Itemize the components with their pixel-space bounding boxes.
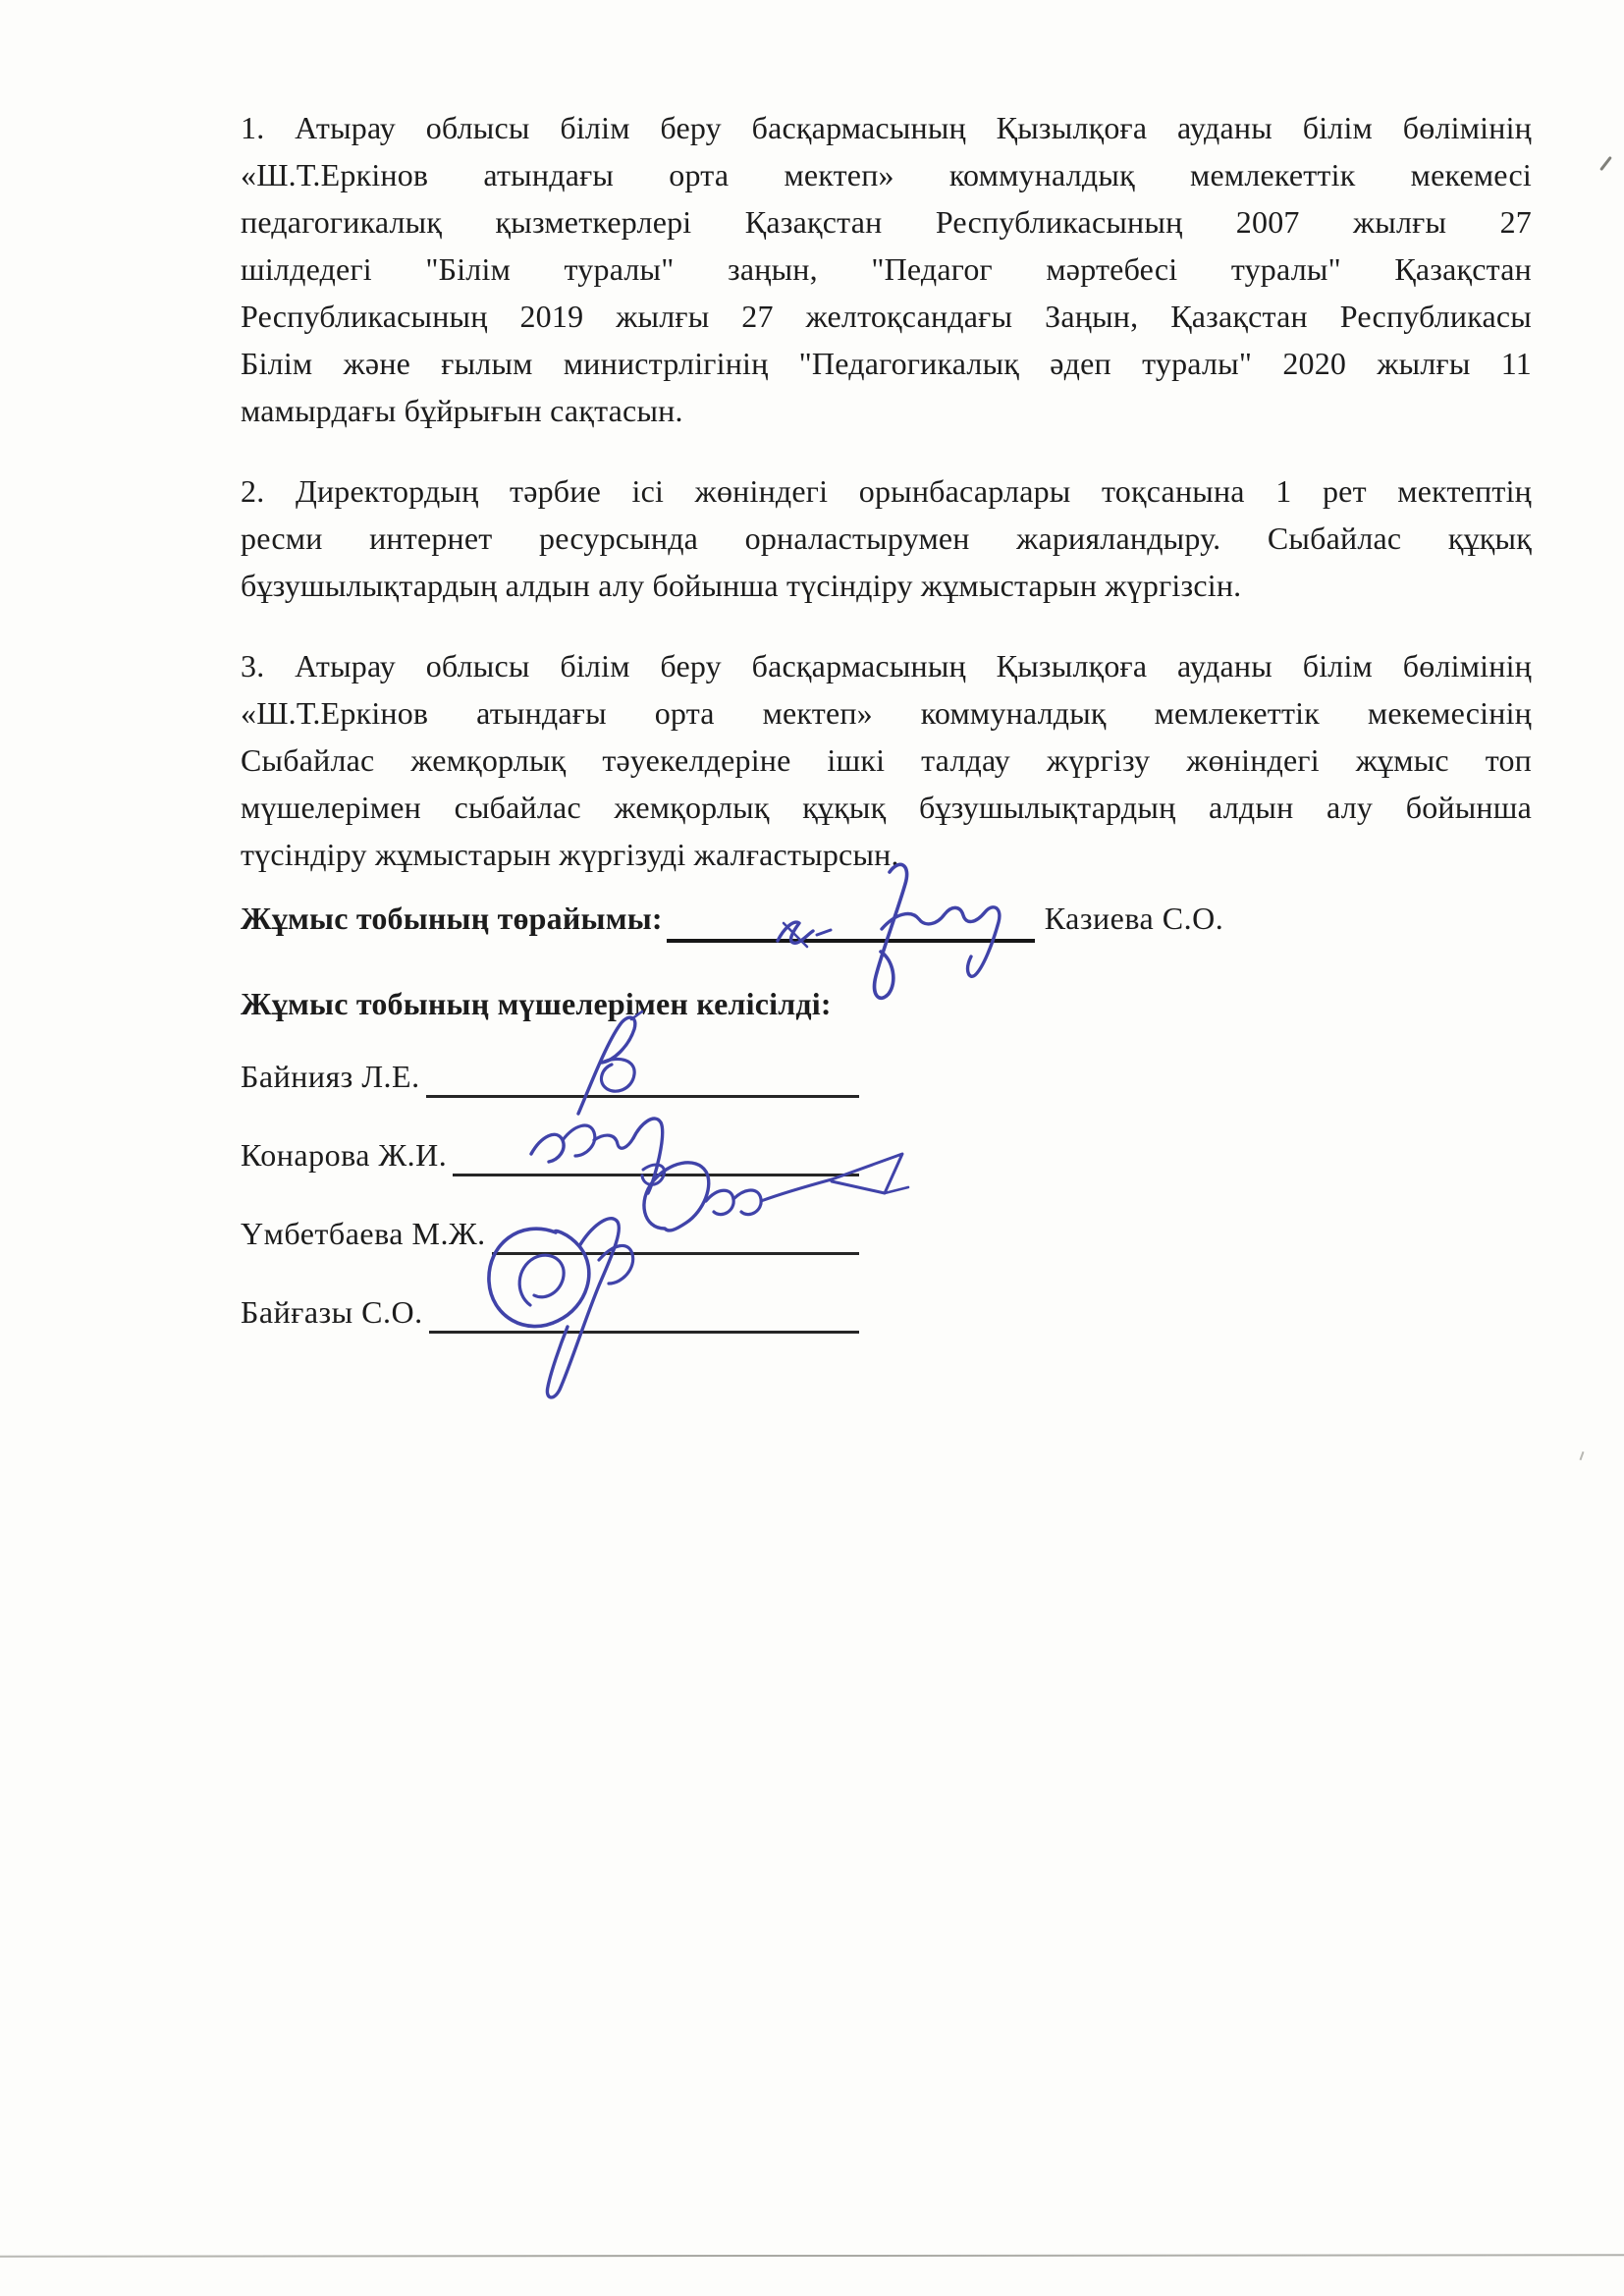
chairman-signature-row: Жұмыс тобының төрайымы: Казиева С.О. bbox=[241, 894, 1532, 943]
agreed-heading: Жұмыс тобының мүшелерімен келісілді: bbox=[241, 980, 1532, 1027]
member-signature-row: Үмбетбаева М.Ж. bbox=[241, 1212, 859, 1255]
member-name: Байнияз Л.Е. bbox=[241, 1055, 420, 1098]
paragraph-line: педагогикалық қызметкерлері Қазақстан Ре… bbox=[241, 198, 1532, 246]
member-signature-underline bbox=[453, 1136, 859, 1176]
paragraph-line: бұзушылықтардың алдын алу бойынша түсінд… bbox=[241, 562, 1532, 609]
member-name: Байғазы С.О. bbox=[241, 1290, 423, 1334]
paragraph-line: 3. Атырау облысы білім беру басқармасыны… bbox=[241, 642, 1532, 689]
member-signature-row: Байнияз Л.Е. bbox=[241, 1055, 859, 1098]
paragraph-line: Сыбайлас жемқорлық тәуекелдеріне ішкі та… bbox=[241, 737, 1532, 784]
paragraph-line: Білім және ғылым министрлігінің "Педагог… bbox=[241, 340, 1532, 387]
chairman-label: Жұмыс тобының төрайымы: bbox=[241, 894, 663, 943]
paragraph-line: «Ш.Т.Еркінов атындағы орта мектеп» комму… bbox=[241, 151, 1532, 198]
paragraph-line: 1. Атырау облысы білім беру басқармасыны… bbox=[241, 104, 1532, 151]
scan-artifact-speck bbox=[1580, 1451, 1585, 1460]
paragraph-line: мамырдағы бұйрығын сақтасын. bbox=[241, 387, 1532, 434]
chairman-name: Казиева С.О. bbox=[1045, 894, 1223, 943]
member-signature-underline bbox=[492, 1215, 859, 1255]
paragraph-line: Республикасының 2019 жылғы 27 желтоқсанд… bbox=[241, 293, 1532, 340]
chairman-signature-underline bbox=[667, 898, 1035, 943]
paragraph-2: 2. Директордың тәрбие ісі жөніндегі орын… bbox=[241, 467, 1532, 609]
member-signature-row: Конарова Ж.И. bbox=[241, 1133, 859, 1176]
member-name: Үмбетбаева М.Ж. bbox=[241, 1212, 486, 1255]
paragraph-line: шілдедегі "Білім туралы" заңын, "Педагог… bbox=[241, 246, 1532, 293]
member-signature-underline bbox=[426, 1058, 859, 1098]
paragraph-line: түсіндіру жұмыстарын жүргізуді жалғастыр… bbox=[241, 831, 1532, 878]
paragraph-line: ресми интернет ресурсында орналастырумен… bbox=[241, 515, 1532, 562]
paragraph-line: «Ш.Т.Еркінов атындағы орта мектеп» комму… bbox=[241, 689, 1532, 737]
paragraph-line: 2. Директордың тәрбие ісі жөніндегі орын… bbox=[241, 467, 1532, 515]
member-signature-underline bbox=[429, 1293, 859, 1334]
member-signature-row: Байғазы С.О. bbox=[241, 1290, 859, 1334]
members-signature-list: Байнияз Л.Е. Конарова Ж.И. bbox=[241, 1055, 1532, 1334]
scan-page-edge-line bbox=[0, 2254, 1624, 2257]
scanned-document-page: 1. Атырау облысы білім беру басқармасыны… bbox=[0, 0, 1624, 2296]
paragraph-1: 1. Атырау облысы білім беру басқармасыны… bbox=[241, 104, 1532, 434]
member-name: Конарова Ж.И. bbox=[241, 1133, 447, 1176]
document-content: 1. Атырау облысы білім беру басқармасыны… bbox=[0, 0, 1624, 1334]
paragraph-3: 3. Атырау облысы білім беру басқармасыны… bbox=[241, 642, 1532, 878]
paragraph-line: мүшелерімен сыбайлас жемқорлық құқық бұз… bbox=[241, 784, 1532, 831]
